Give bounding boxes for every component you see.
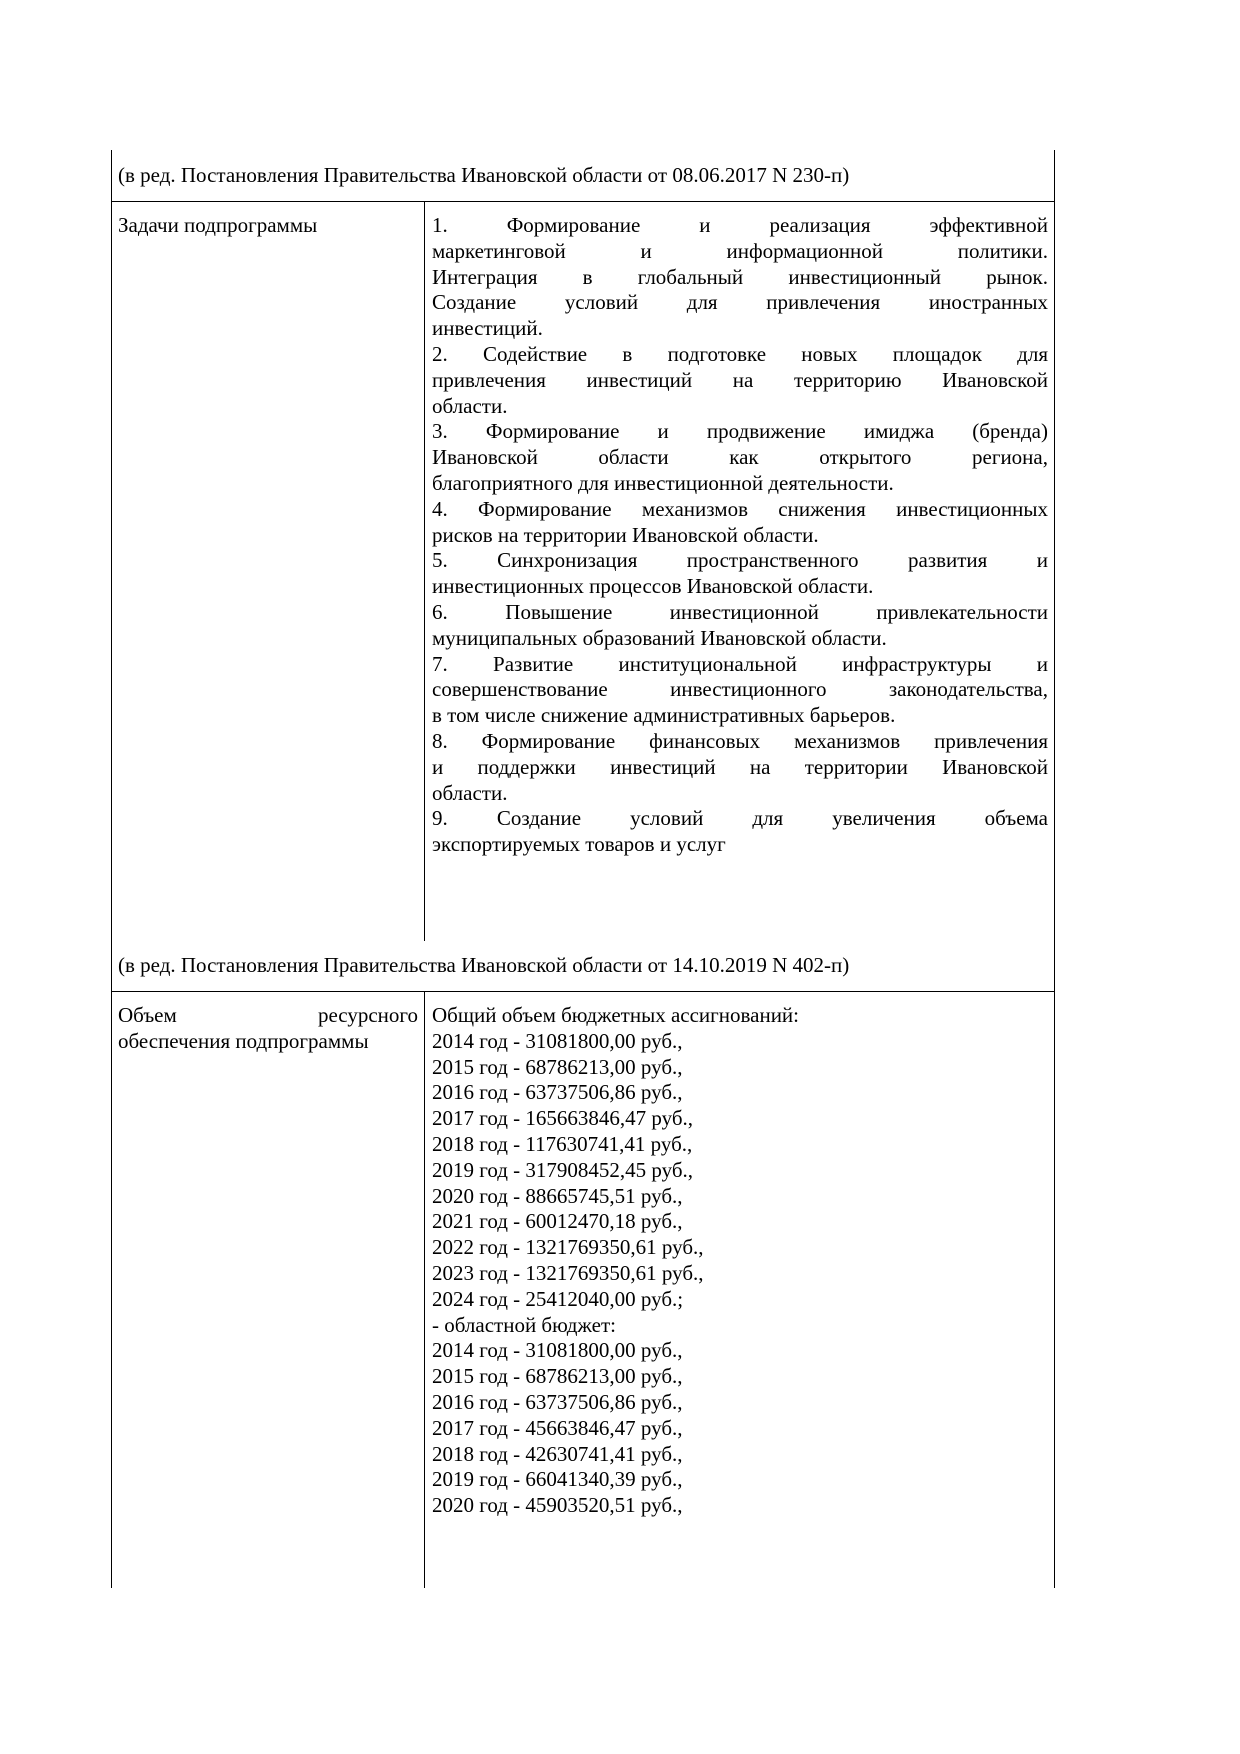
task-line: и поддержки инвестиций на территории Ива… <box>432 755 1048 781</box>
tasks-label: Задачи подпрограммы <box>118 213 418 239</box>
regional-allocation-row: 2014 год - 31081800,00 руб., <box>432 1338 1048 1364</box>
total-allocation-row: 2019 год - 317908452,45 руб., <box>432 1158 1048 1184</box>
amendment-note: (в ред. Постановления Правительства Иван… <box>118 953 849 979</box>
resources-label-line2: обеспечения подпрограммы <box>118 1029 418 1055</box>
resources-label-word2: ресурсного <box>318 1003 418 1029</box>
task-line: Ивановской области как открытого региона… <box>432 445 1048 471</box>
regional-allocation-row: 2019 год - 66041340,39 руб., <box>432 1467 1048 1493</box>
regional-heading: - областной бюджет: <box>432 1313 1048 1339</box>
regional-allocation-row: 2017 год - 45663846,47 руб., <box>432 1416 1048 1442</box>
task-line: 3. Формирование и продвижение имиджа (бр… <box>432 419 1048 445</box>
task-line: инвестиционных процессов Ивановской обла… <box>432 574 1048 600</box>
task-line: рисков на территории Ивановской области. <box>432 523 1048 549</box>
total-allocation-row: 2016 год - 63737506,86 руб., <box>432 1080 1048 1106</box>
task-line: в том числе снижение административных ба… <box>432 703 1048 729</box>
task-line: благоприятного для инвестиционной деятел… <box>432 471 1048 497</box>
column-divider <box>424 991 425 1588</box>
total-heading: Общий объем бюджетных ассигнований: <box>432 1003 1048 1029</box>
task-line: 9. Создание условий для увеличения объем… <box>432 806 1048 832</box>
resources-label-word1: Объем <box>118 1003 177 1029</box>
regional-allocations: 2014 год - 31081800,00 руб.,2015 год - 6… <box>432 1338 1048 1519</box>
task-line: 7. Развитие институциональной инфраструк… <box>432 652 1048 678</box>
task-line: 4. Формирование механизмов снижения инве… <box>432 497 1048 523</box>
table-right-border <box>1054 150 1055 1588</box>
task-line: инвестиций. <box>432 316 1048 342</box>
table-left-border <box>111 150 112 1588</box>
total-allocation-row: 2023 год - 1321769350,61 руб., <box>432 1261 1048 1287</box>
total-allocation-row: 2015 год - 68786213,00 руб., <box>432 1055 1048 1081</box>
total-allocations: 2014 год - 31081800,00 руб.,2015 год - 6… <box>432 1029 1048 1313</box>
total-allocation-row: 2017 год - 165663846,47 руб., <box>432 1106 1048 1132</box>
total-allocation-row: 2020 год - 88665745,51 руб., <box>432 1184 1048 1210</box>
total-allocation-row: 2014 год - 31081800,00 руб., <box>432 1029 1048 1055</box>
resources-list: Общий объем бюджетных ассигнований: 2014… <box>432 1003 1048 1519</box>
task-line: области. <box>432 394 1048 420</box>
task-line: привлечения инвестиций на территорию Ива… <box>432 368 1048 394</box>
task-line: 6. Повышение инвестиционной привлекатель… <box>432 600 1048 626</box>
task-line: 2. Содействие в подготовке новых площадо… <box>432 342 1048 368</box>
task-line: Интеграция в глобальный инвестиционный р… <box>432 265 1048 291</box>
regional-allocation-row: 2018 год - 42630741,41 руб., <box>432 1442 1048 1468</box>
regional-allocation-row: 2020 год - 45903520,51 руб., <box>432 1493 1048 1519</box>
task-line: муниципальных образований Ивановской обл… <box>432 626 1048 652</box>
total-allocation-row: 2021 год - 60012470,18 руб., <box>432 1209 1048 1235</box>
task-line: совершенствование инвестиционного законо… <box>432 677 1048 703</box>
task-line: экспортируемых товаров и услуг <box>432 832 1048 858</box>
regional-allocation-row: 2016 год - 63737506,86 руб., <box>432 1390 1048 1416</box>
task-line: области. <box>432 781 1048 807</box>
column-divider <box>424 201 425 941</box>
total-allocation-row: 2018 год - 117630741,41 руб., <box>432 1132 1048 1158</box>
task-line: 8. Формирование финансовых механизмов пр… <box>432 729 1048 755</box>
task-line: 5. Синхронизация пространственного разви… <box>432 548 1048 574</box>
task-line: маркетинговой и информационной политики. <box>432 239 1048 265</box>
task-line: 1. Формирование и реализация эффективной <box>432 213 1048 239</box>
resources-label: Объем ресурсного обеспечения подпрограмм… <box>118 1003 418 1055</box>
regional-allocation-row: 2015 год - 68786213,00 руб., <box>432 1364 1048 1390</box>
row-divider <box>111 991 1055 992</box>
amendment-note: (в ред. Постановления Правительства Иван… <box>118 163 849 189</box>
row-divider <box>111 201 1055 202</box>
document-page: (в ред. Постановления Правительства Иван… <box>0 0 1240 1754</box>
total-allocation-row: 2022 год - 1321769350,61 руб., <box>432 1235 1048 1261</box>
tasks-list: 1. Формирование и реализация эффективной… <box>432 213 1048 858</box>
task-line: Создание условий для привлечения иностра… <box>432 290 1048 316</box>
total-allocation-row: 2024 год - 25412040,00 руб.; <box>432 1287 1048 1313</box>
